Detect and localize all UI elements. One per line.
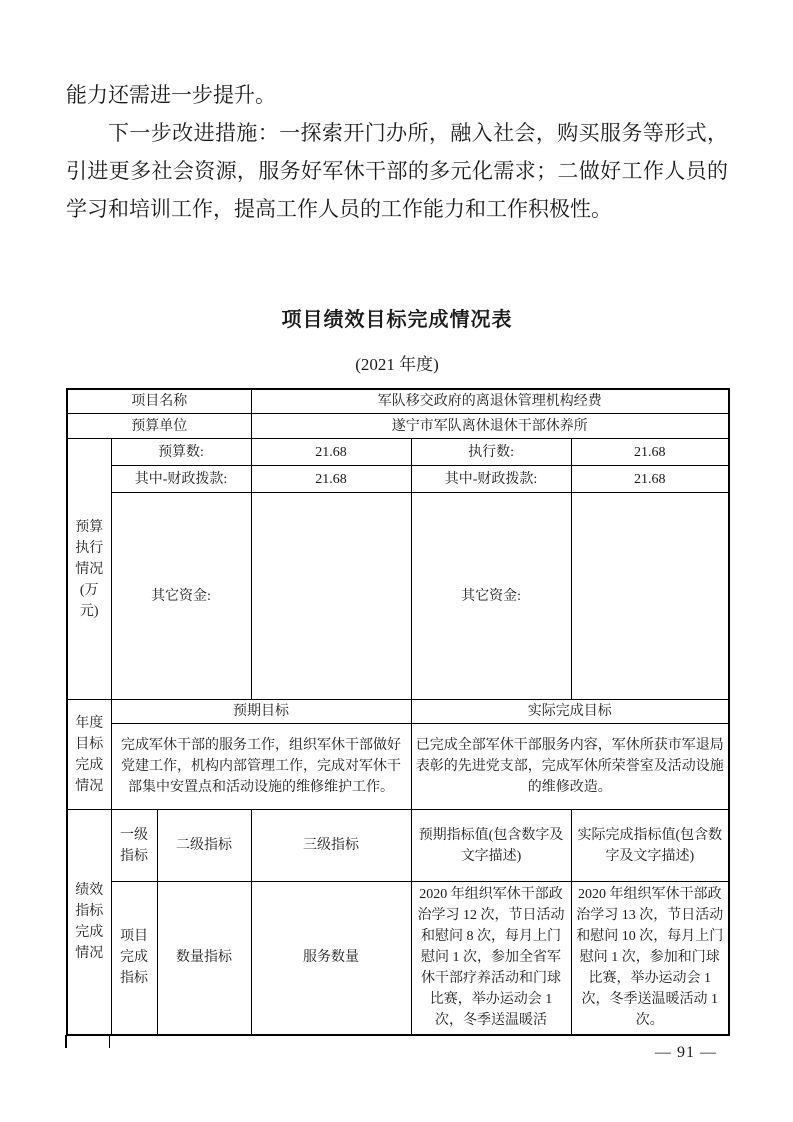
indicator-actual-value: 2020 年组织军休干部政治学习 13 次，节日活动和慰问 10 次，每月上门慰… — [571, 882, 729, 1035]
row-fiscal-allocation: 其中-财政拨款: 21.68 其中-财政拨款: 21.68 — [67, 466, 729, 493]
page-title: 项目绩效目标完成情况表 — [66, 303, 728, 332]
project-name-label: 项目名称 — [67, 389, 251, 414]
row-budget-unit: 预算单位 遂宁市军队离休退休干部休养所 — [67, 414, 729, 439]
row-goal-content: 完成军休干部的服务工作，组织军休干部做好党建工作，机构内部管理工作，完成对军休干… — [67, 724, 729, 810]
page-break-border-outer — [65, 1035, 67, 1048]
executed-amount-value: 21.68 — [571, 439, 729, 466]
page-number: — 91 — — [655, 1044, 717, 1062]
paragraph-next-steps: 下一步改进措施：一探索开门办所，融入社会，购买服务等形式，引进更多社会资源，服务… — [66, 114, 728, 228]
paragraph-conclusion: 能力还需进一步提升。 — [66, 76, 728, 114]
other-funds-label-left: 其它资金: — [111, 493, 251, 700]
row-project-name: 项目名称 军队移交政府的离退休管理机构经费 — [67, 389, 729, 414]
actual-goal-header: 实际完成目标 — [411, 700, 729, 724]
performance-table: 项目名称 军队移交政府的离退休管理机构经费 预算单位 遂宁市军队离休退休干部休养… — [66, 388, 730, 1036]
indicator-expected-value: 2020 年组织军休干部政治学习 12 次，节日活动和慰问 8 次，每月上门慰问… — [411, 882, 571, 1035]
annual-goal-section-label: 年度目标完成情况 — [67, 700, 111, 810]
other-funds-value-left — [251, 493, 411, 700]
budget-unit-label: 预算单位 — [67, 414, 251, 439]
fiscal-allocation-label-left: 其中-财政拨款: — [111, 466, 251, 493]
row-budget-figures: 预算执行情况(万元) 预算数: 21.68 执行数: 21.68 — [67, 439, 729, 466]
document-page: 能力还需进一步提升。 下一步改进措施：一探索开门办所，融入社会，购买服务等形式，… — [0, 0, 793, 1122]
project-name-value: 军队移交政府的离退休管理机构经费 — [251, 389, 729, 414]
row-indicator-content: 项目完成指标 数量指标 服务数量 2020 年组织军休干部政治学习 12 次，节… — [67, 882, 729, 1035]
performance-section-label: 绩效指标完成情况 — [67, 810, 111, 1035]
indicator-header-expected: 预期指标值(包含数字及文字描述) — [411, 810, 571, 882]
fiscal-allocation-label-right: 其中-财政拨款: — [411, 466, 571, 493]
fiscal-allocation-value-left: 21.68 — [251, 466, 411, 493]
performance-table-wrap: 项目名称 军队移交政府的离退休管理机构经费 预算单位 遂宁市军队离休退休干部休养… — [66, 388, 730, 1036]
indicator-header-level2: 二级指标 — [157, 810, 251, 882]
indicator-header-level3: 三级指标 — [251, 810, 411, 882]
budget-unit-value: 遂宁市军队离休退休干部休养所 — [251, 414, 729, 439]
row-other-funds: 其它资金: 其它资金: — [67, 493, 729, 700]
indicator-level2-value: 数量指标 — [157, 882, 251, 1035]
expected-goal-text: 完成军休干部的服务工作，组织军休干部做好党建工作，机构内部管理工作，完成对军休干… — [111, 724, 411, 810]
indicator-level3-value: 服务数量 — [251, 882, 411, 1035]
page-subtitle: (2021 年度) — [66, 350, 728, 375]
other-funds-label-right: 其它资金: — [411, 493, 571, 700]
budget-amount-label: 预算数: — [111, 439, 251, 466]
budget-section-label: 预算执行情况(万元) — [67, 439, 111, 700]
page-break-border-inner — [109, 1035, 110, 1048]
expected-goal-header: 预期目标 — [111, 700, 411, 724]
fiscal-allocation-value-right: 21.68 — [571, 466, 729, 493]
other-funds-value-right — [571, 493, 729, 700]
indicator-header-level1: 一级指标 — [111, 810, 157, 882]
executed-amount-label: 执行数: — [411, 439, 571, 466]
indicator-level1-value: 项目完成指标 — [111, 882, 157, 1035]
indicator-header-actual: 实际完成指标值(包含数字及文字描述) — [571, 810, 729, 882]
body-paragraphs: 能力还需进一步提升。 下一步改进措施：一探索开门办所，融入社会，购买服务等形式，… — [66, 76, 728, 228]
row-indicator-headers: 绩效指标完成情况 一级指标 二级指标 三级指标 预期指标值(包含数字及文字描述)… — [67, 810, 729, 882]
budget-amount-value: 21.68 — [251, 439, 411, 466]
actual-goal-text: 已完成全部军休干部服务内容，军休所获市军退局表彰的先进党支部，完成军休所荣誉室及… — [411, 724, 729, 810]
row-goal-headers: 年度目标完成情况 预期目标 实际完成目标 — [67, 700, 729, 724]
